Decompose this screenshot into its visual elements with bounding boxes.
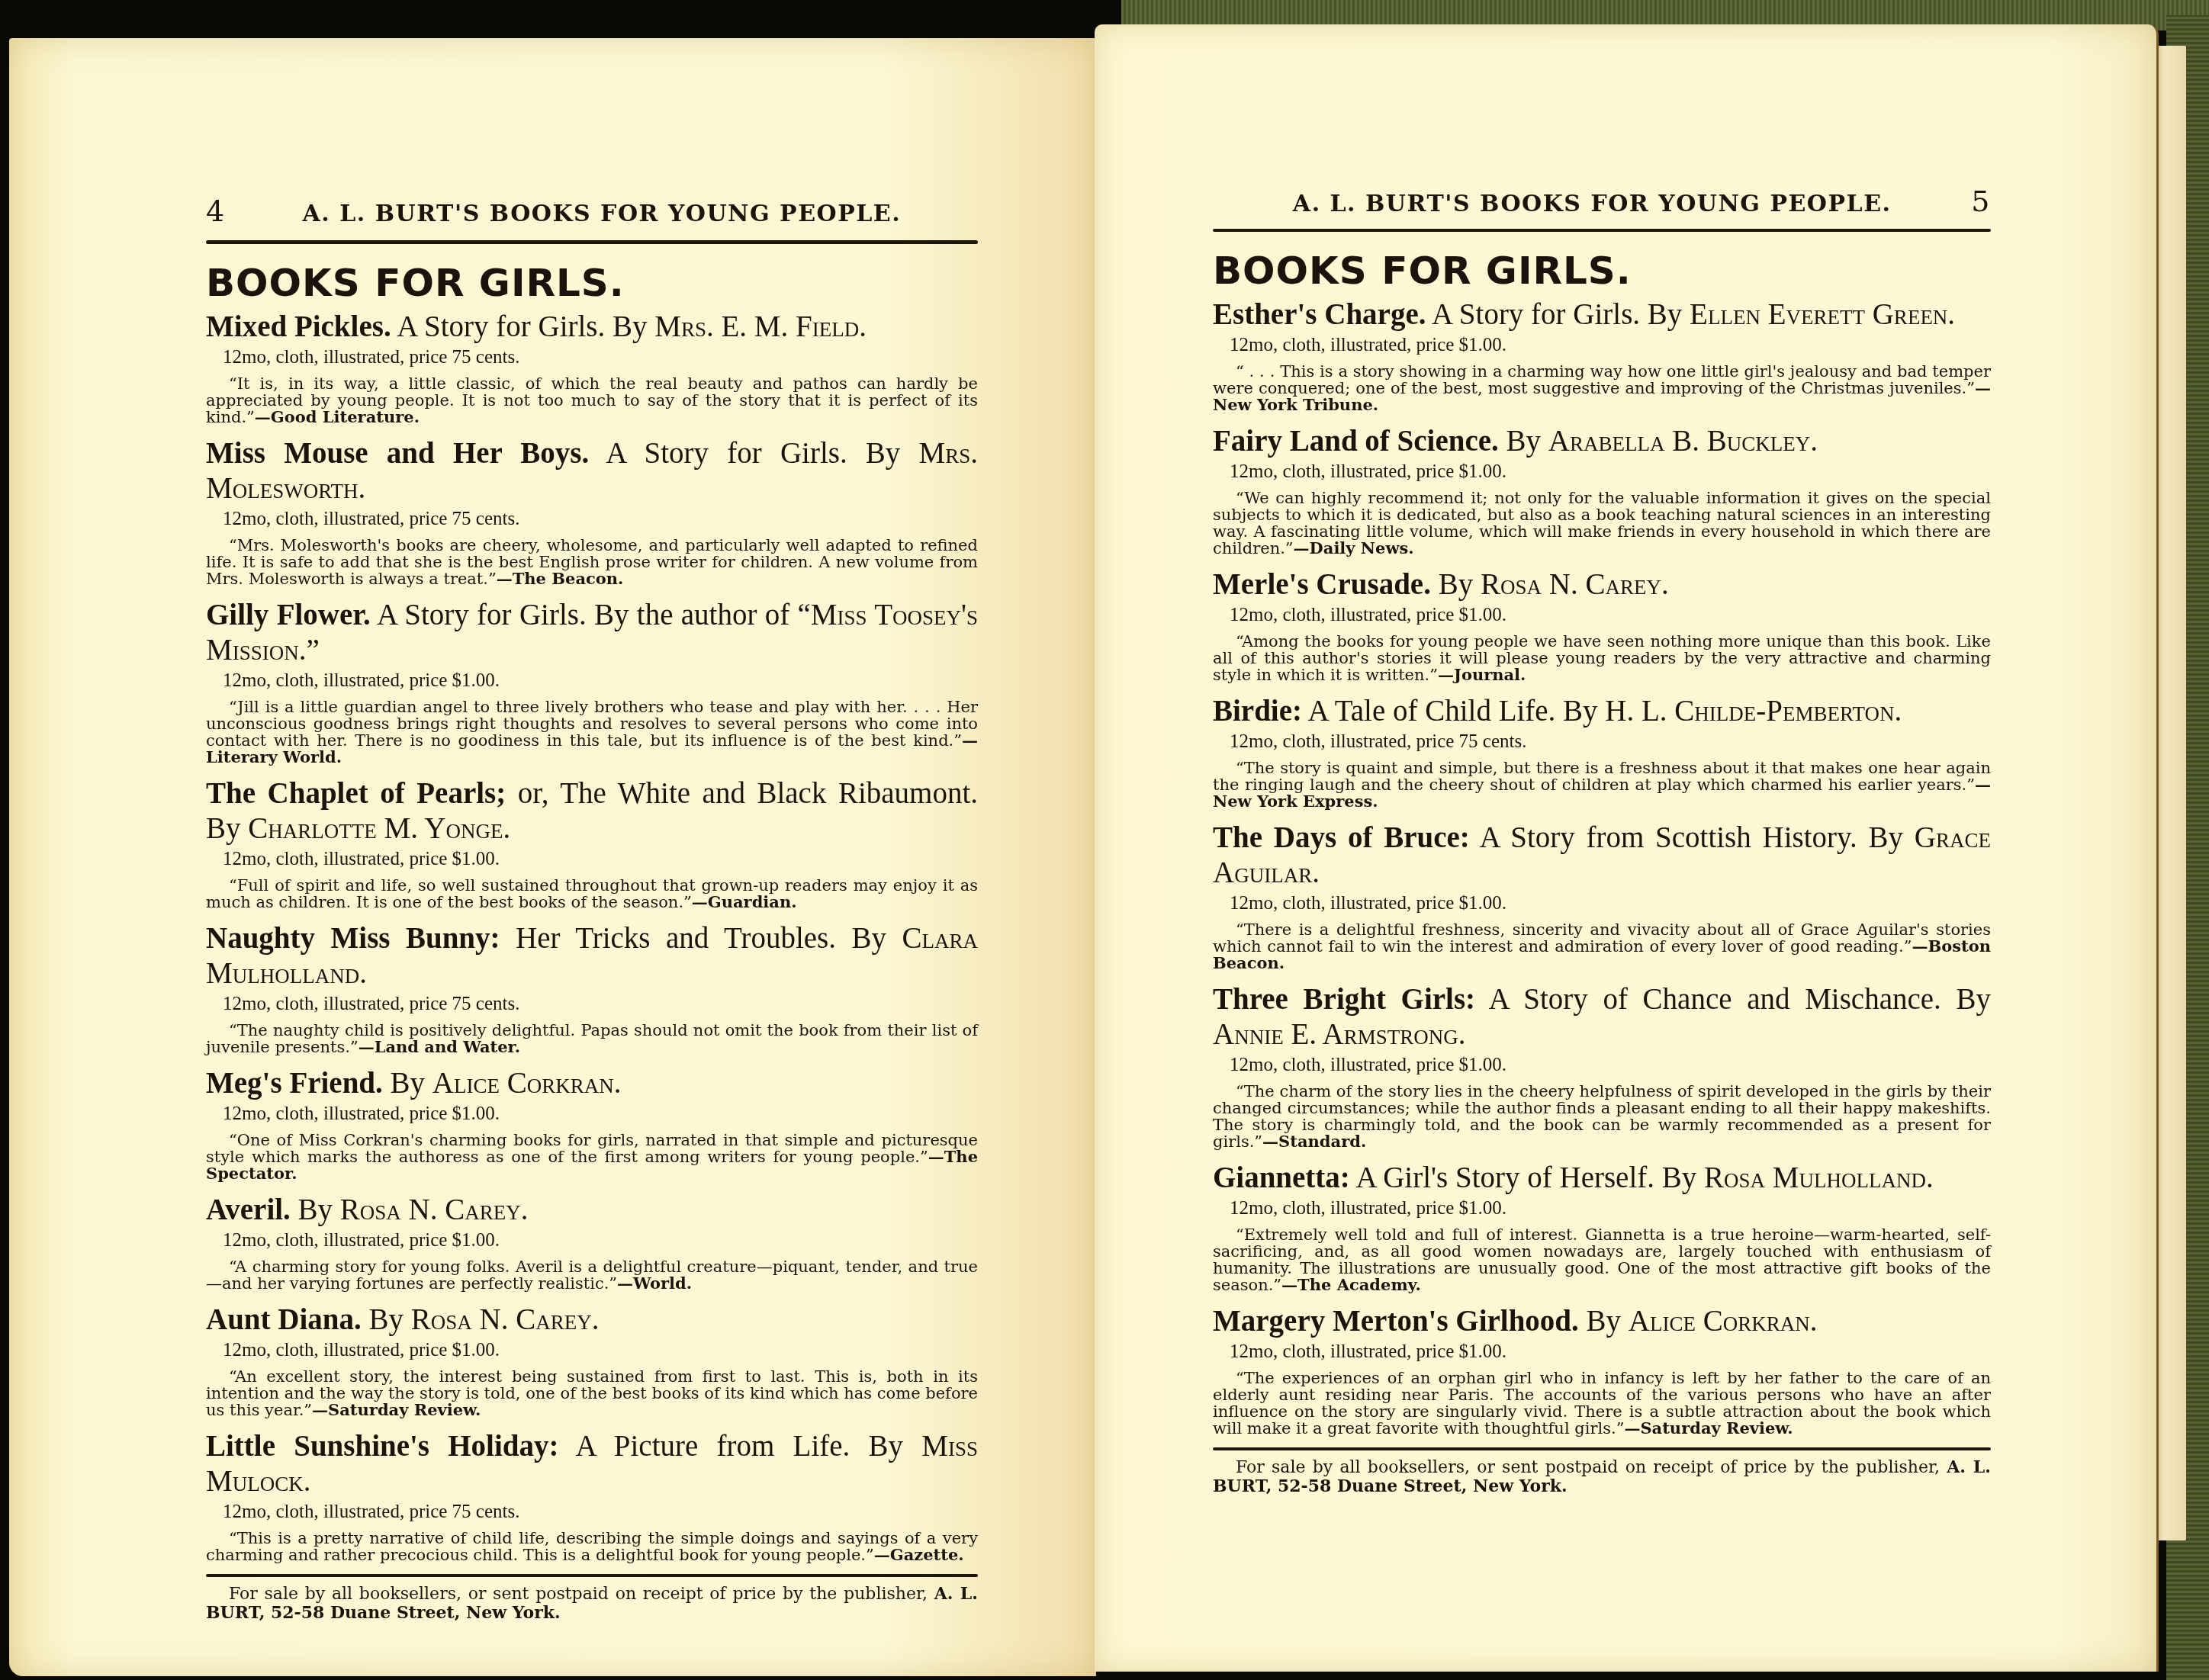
book-details: 12mo, cloth, illustrated, price $1.00. bbox=[206, 846, 978, 872]
book-title: Gilly Flower. bbox=[206, 599, 371, 631]
book-title: Little Sunshine's Holiday: bbox=[206, 1430, 558, 1463]
entry-heading: Birdie: A Tale of Child Life. By H. L. C… bbox=[1213, 694, 1991, 729]
by-label: By bbox=[1587, 1305, 1622, 1338]
quote-text: “A charming story for young folks. Averi… bbox=[206, 1258, 978, 1293]
book-entry: Aunt Diana. By Rosa N. Carey. 12mo, clot… bbox=[206, 1303, 978, 1418]
footer-rule bbox=[206, 1574, 978, 1577]
running-head: 4 A. L. BURT'S BOOKS FOR YOUNG PEOPLE. bbox=[206, 194, 978, 234]
book-author: Annie E. Armstrong. bbox=[1213, 1018, 1466, 1051]
book-author: Rosa N. Carey. bbox=[340, 1193, 529, 1226]
left-page: 4 A. L. BURT'S BOOKS FOR YOUNG PEOPLE. B… bbox=[9, 38, 1096, 1676]
quote-text: “ . . . This is a story showing in a cha… bbox=[1213, 362, 1991, 397]
review-quote: “This is a pretty narrative of child lif… bbox=[206, 1530, 978, 1563]
by-label: By the author of bbox=[594, 599, 789, 631]
book-entry: Fairy Land of Science. By Arabella B. Bu… bbox=[1213, 424, 1991, 557]
review-quote: “We can highly recommend it; not only fo… bbox=[1213, 490, 1991, 557]
book-title: Fairy Land of Science. bbox=[1213, 425, 1499, 458]
quote-source: —Land and Water. bbox=[359, 1037, 520, 1056]
book-title: Merle's Crusade. bbox=[1213, 568, 1431, 601]
book-title: Meg's Friend. bbox=[206, 1067, 383, 1100]
book-entry: Three Bright Girls: A Story of Chance an… bbox=[1213, 982, 1991, 1150]
quote-source: —Good Literature. bbox=[255, 407, 420, 426]
book-author: Alice Corkran. bbox=[432, 1067, 622, 1100]
by-label: By bbox=[869, 1430, 904, 1463]
book-title: Margery Merton's Girlhood. bbox=[1213, 1305, 1579, 1338]
book-details: 12mo, cloth, illustrated, price $1.00. bbox=[1213, 1196, 1991, 1222]
quote-source: —Journal. bbox=[1438, 665, 1526, 684]
book-entry: Averil. By Rosa N. Carey. 12mo, cloth, i… bbox=[206, 1193, 978, 1292]
entry-heading: Averil. By Rosa N. Carey. bbox=[206, 1193, 978, 1228]
book-entry: The Chaplet of Pearls; or, The White and… bbox=[206, 776, 978, 911]
review-quote: “Full of spirit and life, so well sustai… bbox=[206, 877, 978, 911]
review-quote: “There is a delightful freshness, sincer… bbox=[1213, 921, 1991, 972]
book-title: Three Bright Girls: bbox=[1213, 983, 1475, 1016]
book-entry: Birdie: A Tale of Child Life. By H. L. C… bbox=[1213, 694, 1991, 810]
book-author: H. L. Childe-Pemberton. bbox=[1605, 695, 1902, 728]
header-rule bbox=[1213, 229, 1991, 232]
entry-heading: Giannetta: A Girl's Story of Herself. By… bbox=[1213, 1161, 1991, 1196]
entry-heading: The Chaplet of Pearls; or, The White and… bbox=[206, 776, 978, 846]
entry-heading: Miss Mouse and Her Boys. A Story for Gir… bbox=[206, 436, 978, 506]
footer-rule bbox=[1213, 1447, 1991, 1450]
book-subtitle: A Story for Girls. bbox=[397, 310, 605, 343]
book-details: 12mo, cloth, illustrated, price 75 cents… bbox=[206, 1499, 978, 1525]
book-title: Birdie: bbox=[1213, 695, 1302, 728]
book-author: Rosa Mulholland. bbox=[1704, 1161, 1934, 1194]
review-quote: “Jill is a little guardian angel to thre… bbox=[206, 699, 978, 766]
entry-heading: Little Sunshine's Holiday: A Picture fro… bbox=[206, 1429, 978, 1499]
book-author: Rosa N. Carey. bbox=[1481, 568, 1669, 601]
quote-text: “Among the books for young people we hav… bbox=[1213, 632, 1991, 684]
book-title: Naughty Miss Bunny: bbox=[206, 922, 500, 955]
book-subtitle: A Story for Girls. bbox=[606, 437, 847, 470]
review-quote: “Among the books for young people we hav… bbox=[1213, 633, 1991, 683]
book-details: 12mo, cloth, illustrated, price $1.00. bbox=[1213, 1052, 1991, 1078]
book-entry: Mixed Pickles. A Story for Girls. By Mrs… bbox=[206, 310, 978, 426]
quote-text: “There is a delightful freshness, sincer… bbox=[1213, 920, 1991, 956]
running-head-title: A. L. BURT'S BOOKS FOR YOUNG PEOPLE. bbox=[1213, 191, 1971, 217]
review-quote: “An excellent story, the interest being … bbox=[206, 1368, 978, 1418]
entry-heading: Margery Merton's Girlhood. By Alice Cork… bbox=[1213, 1304, 1991, 1339]
book-title: Aunt Diana. bbox=[206, 1303, 362, 1336]
publisher-footer: For sale by all booksellers, or sent pos… bbox=[1213, 1458, 1991, 1496]
book-author: Rosa N. Carey. bbox=[411, 1303, 600, 1336]
book-subtitle: Her Tricks and Troubles. bbox=[516, 922, 836, 955]
book-author: Alice Corkran. bbox=[1629, 1305, 1818, 1338]
by-label: By bbox=[1869, 821, 1904, 854]
book-entry: Merle's Crusade. By Rosa N. Carey. 12mo,… bbox=[1213, 567, 1991, 683]
running-head-title: A. L. BURT'S BOOKS FOR YOUNG PEOPLE. bbox=[226, 201, 978, 227]
entry-heading: Esther's Charge. A Story for Girls. By E… bbox=[1213, 297, 1991, 332]
entry-heading: Gilly Flower. A Story for Girls. By the … bbox=[206, 598, 978, 668]
footer-text: For sale by all booksellers, or sent pos… bbox=[229, 1585, 928, 1604]
review-quote: “One of Miss Corkran's charming books fo… bbox=[206, 1132, 978, 1182]
review-quote: “Mrs. Molesworth's books are cheery, who… bbox=[206, 537, 978, 587]
entry-heading: Three Bright Girls: A Story of Chance an… bbox=[1213, 982, 1991, 1052]
quote-text: “Jill is a little guardian angel to thre… bbox=[206, 698, 978, 750]
section-title: BOOKS FOR GIRLS. bbox=[206, 261, 978, 305]
review-quote: “The naughty child is positively delight… bbox=[206, 1022, 978, 1055]
publisher-footer: For sale by all booksellers, or sent pos… bbox=[206, 1585, 978, 1623]
book-entry: Giannetta: A Girl's Story of Herself. By… bbox=[1213, 1161, 1991, 1293]
book-title: Mixed Pickles. bbox=[206, 310, 391, 343]
review-quote: “A charming story for young folks. Averi… bbox=[206, 1258, 978, 1292]
page-number: 5 bbox=[1971, 185, 1991, 218]
entry-heading: Naughty Miss Bunny: Her Tricks and Troub… bbox=[206, 921, 978, 991]
book-entry: Little Sunshine's Holiday: A Picture fro… bbox=[206, 1429, 978, 1563]
by-label: By bbox=[613, 310, 648, 343]
book-details: 12mo, cloth, illustrated, price 75 cents… bbox=[206, 345, 978, 371]
quote-source: —Guardian. bbox=[692, 892, 797, 911]
by-label: By bbox=[368, 1303, 404, 1336]
book-details: 12mo, cloth, illustrated, price $1.00. bbox=[1213, 891, 1991, 917]
book-details: 12mo, cloth, illustrated, price $1.00. bbox=[206, 668, 978, 694]
book-title: The Days of Bruce: bbox=[1213, 821, 1470, 854]
entry-heading: Merle's Crusade. By Rosa N. Carey. bbox=[1213, 567, 1991, 602]
book-details: 12mo, cloth, illustrated, price 75 cents… bbox=[206, 991, 978, 1017]
quote-source: —Daily News. bbox=[1294, 538, 1414, 557]
quote-source: —Gazette. bbox=[874, 1545, 964, 1564]
quote-text: “Full of spirit and life, so well sustai… bbox=[206, 876, 978, 911]
book-entry: Meg's Friend. By Alice Corkran. 12mo, cl… bbox=[206, 1066, 978, 1182]
entry-list: Esther's Charge. A Story for Girls. By E… bbox=[1213, 297, 1991, 1437]
book-details: 12mo, cloth, illustrated, price $1.00. bbox=[1213, 332, 1991, 358]
by-label: By bbox=[298, 1193, 333, 1226]
quote-text: “The story is quaint and simple, but the… bbox=[1213, 759, 1991, 794]
book-author: Mrs. E. M. Field. bbox=[654, 310, 867, 343]
quote-source: —Standard. bbox=[1262, 1132, 1366, 1151]
entry-heading: The Days of Bruce: A Story from Scottish… bbox=[1213, 821, 1991, 891]
review-quote: “ . . . This is a story showing in a cha… bbox=[1213, 363, 1991, 413]
review-quote: “It is, in its way, a little classic, of… bbox=[206, 375, 978, 426]
header-rule bbox=[206, 240, 978, 244]
entry-heading: Fairy Land of Science. By Arabella B. Bu… bbox=[1213, 424, 1991, 459]
review-quote: “The story is quaint and simple, but the… bbox=[1213, 760, 1991, 810]
footer-text: For sale by all booksellers, or sent pos… bbox=[1236, 1458, 1940, 1477]
quote-source: —The Beacon. bbox=[497, 569, 624, 588]
left-page-content: 4 A. L. BURT'S BOOKS FOR YOUNG PEOPLE. B… bbox=[206, 194, 978, 1623]
quote-source: —Saturday Review. bbox=[312, 1400, 481, 1419]
book-title: Esther's Charge. bbox=[1213, 298, 1426, 331]
book-title: Miss Mouse and Her Boys. bbox=[206, 437, 589, 470]
by-label: By bbox=[1662, 1161, 1697, 1194]
book-title: Averil. bbox=[206, 1193, 291, 1226]
by-label: By bbox=[1957, 983, 1992, 1016]
by-label: By bbox=[1506, 425, 1542, 458]
book-title: The Chaplet of Pearls; bbox=[206, 777, 506, 810]
quote-text: “The naughty child is positively delight… bbox=[206, 1021, 978, 1056]
book-details: 12mo, cloth, illustrated, price $1.00. bbox=[1213, 459, 1991, 485]
book-entry: Gilly Flower. A Story for Girls. By the … bbox=[206, 598, 978, 766]
entry-heading: Meg's Friend. By Alice Corkran. bbox=[206, 1066, 978, 1101]
book-subtitle: A Girl's Story of Herself. bbox=[1355, 1161, 1654, 1194]
entry-heading: Mixed Pickles. A Story for Girls. By Mrs… bbox=[206, 310, 978, 345]
book-author: Charlotte M. Yonge. bbox=[248, 812, 510, 845]
book-subtitle: or, The White and Black Ribaumont. bbox=[518, 777, 978, 810]
quote-source: —The Academy. bbox=[1281, 1275, 1421, 1294]
book-subtitle: A Story from Scottish History. bbox=[1479, 821, 1857, 854]
book-entry: Margery Merton's Girlhood. By Alice Cork… bbox=[1213, 1304, 1991, 1437]
book-entry: Naughty Miss Bunny: Her Tricks and Troub… bbox=[206, 921, 978, 1055]
book-title: Giannetta: bbox=[1213, 1161, 1350, 1194]
by-label: By bbox=[1563, 695, 1598, 728]
by-label: By bbox=[852, 922, 887, 955]
by-label: By bbox=[1648, 298, 1683, 331]
by-label: By bbox=[1439, 568, 1474, 601]
book-entry: The Days of Bruce: A Story from Scottish… bbox=[1213, 821, 1991, 972]
book-subtitle: A Tale of Child Life. bbox=[1308, 695, 1556, 728]
entry-list: Mixed Pickles. A Story for Girls. By Mrs… bbox=[206, 310, 978, 1563]
book-details: 12mo, cloth, illustrated, price 75 cents… bbox=[1213, 729, 1991, 755]
book-details: 12mo, cloth, illustrated, price $1.00. bbox=[1213, 602, 1991, 628]
quote-text: “The experiences of an orphan girl who i… bbox=[1213, 1369, 1991, 1437]
page-number: 4 bbox=[206, 194, 226, 228]
entry-heading: Aunt Diana. By Rosa N. Carey. bbox=[206, 1303, 978, 1338]
book-details: 12mo, cloth, illustrated, price $1.00. bbox=[1213, 1339, 1991, 1365]
quote-source: —Saturday Review. bbox=[1624, 1418, 1793, 1437]
quote-text: “This is a pretty narrative of child lif… bbox=[206, 1529, 978, 1564]
book-author: Arabella B. Buckley. bbox=[1548, 425, 1818, 458]
book-details: 12mo, cloth, illustrated, price 75 cents… bbox=[206, 506, 978, 532]
quote-text: “One of Miss Corkran's charming books fo… bbox=[206, 1131, 978, 1166]
by-label: By bbox=[866, 437, 901, 470]
book-details: 12mo, cloth, illustrated, price $1.00. bbox=[206, 1338, 978, 1364]
right-page: A. L. BURT'S BOOKS FOR YOUNG PEOPLE. 5 B… bbox=[1095, 24, 2159, 1672]
book-subtitle: A Story of Chance and Mischance. bbox=[1489, 983, 1941, 1016]
quote-source: —World. bbox=[617, 1274, 692, 1293]
book-subtitle: A Picture from Life. bbox=[576, 1430, 850, 1463]
by-label: By bbox=[206, 812, 241, 845]
review-quote: “Extremely well told and full of interes… bbox=[1213, 1226, 1991, 1293]
section-title: BOOKS FOR GIRLS. bbox=[1213, 249, 1991, 293]
book-details: 12mo, cloth, illustrated, price $1.00. bbox=[206, 1228, 978, 1254]
by-label: By bbox=[391, 1067, 426, 1100]
review-quote: “The experiences of an orphan girl who i… bbox=[1213, 1370, 1991, 1437]
running-head: A. L. BURT'S BOOKS FOR YOUNG PEOPLE. 5 bbox=[1213, 185, 1991, 224]
book-details: 12mo, cloth, illustrated, price $1.00. bbox=[206, 1101, 978, 1127]
book-entry: Miss Mouse and Her Boys. A Story for Gir… bbox=[206, 436, 978, 587]
review-quote: “The charm of the story lies in the chee… bbox=[1213, 1083, 1991, 1150]
book-subtitle: A Story for Girls. bbox=[1432, 298, 1640, 331]
book-author: Ellen Everett Green. bbox=[1690, 298, 1955, 331]
book-entry: Esther's Charge. A Story for Girls. By E… bbox=[1213, 297, 1991, 413]
book-subtitle: A Story for Girls. bbox=[377, 599, 587, 631]
right-page-content: A. L. BURT'S BOOKS FOR YOUNG PEOPLE. 5 B… bbox=[1213, 185, 1991, 1496]
